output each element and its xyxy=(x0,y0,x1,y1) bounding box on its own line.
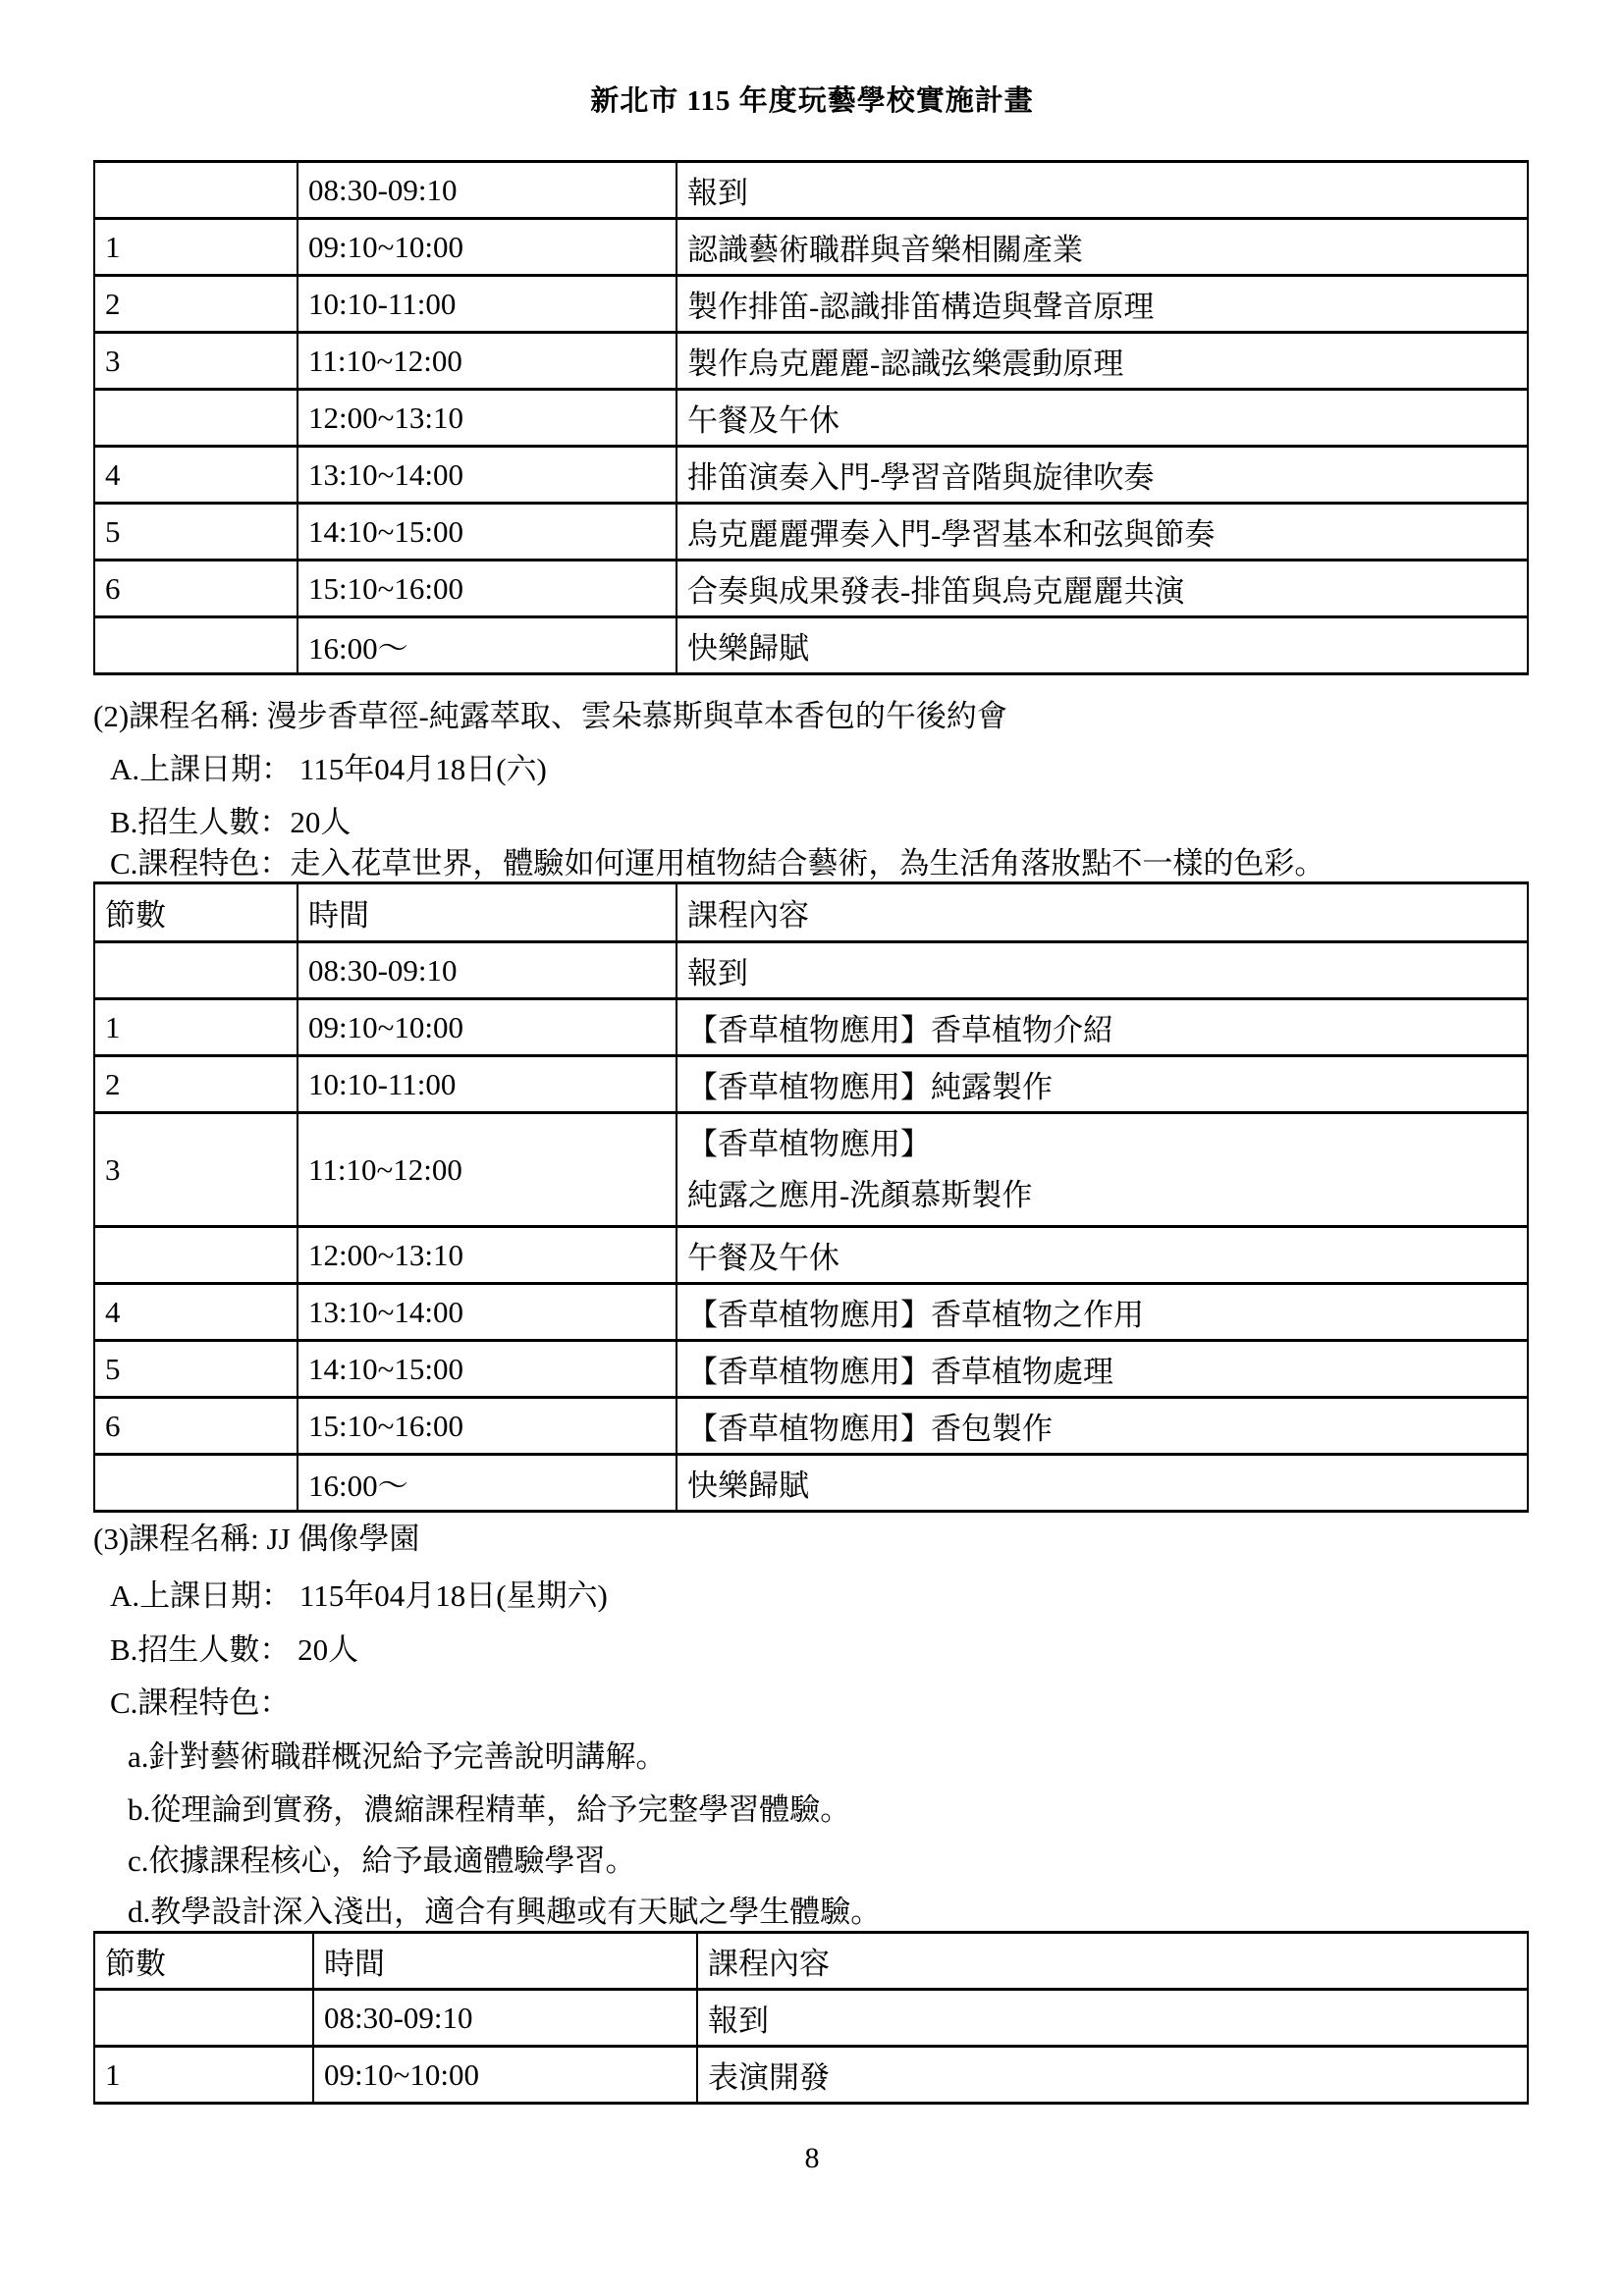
content-cell: 表演開發 xyxy=(697,2047,1528,2104)
time-column-header: 時間 xyxy=(313,1933,697,1990)
time-cell: 09:10~10:00 xyxy=(313,2047,697,2104)
content-column-header: 課程內容 xyxy=(697,1933,1528,1990)
time-cell: 16:00～ xyxy=(298,617,677,674)
content-cell: 合奏與成果發表-排笛與烏克麗麗共演 xyxy=(677,561,1528,617)
content-column-header: 課程內容 xyxy=(677,883,1528,942)
content-cell: 【香草植物應用】香草植物處理 xyxy=(677,1341,1528,1398)
content-line: 純露之應用-洗顏慕斯製作 xyxy=(687,1170,1521,1221)
table-row: 16:00～快樂歸賦 xyxy=(94,1455,1528,1512)
feature-item-b: b.從理論到實務，濃縮課程精華，給予完整學習體驗。 xyxy=(128,1792,850,1828)
content-cell: 【香草植物應用】香包製作 xyxy=(677,1398,1528,1455)
time-cell: 09:10~10:00 xyxy=(298,219,677,276)
section-3-date-line: A.上課日期： 115年04月18日(星期六) xyxy=(110,1578,608,1614)
table-row: 08:30-09:10報到 xyxy=(94,942,1528,999)
section-2-feature-line: C.課程特色：走入花草世界，體驗如何運用植物結合藝術，為生活角落妝點不一樣的色彩… xyxy=(110,846,1325,881)
table-row: 109:10~10:00認識藝術職群與音樂相關產業 xyxy=(94,219,1528,276)
course-schedule-table-2: 節數時間課程內容08:30-09:10報到109:10~10:00【香草植物應用… xyxy=(93,881,1529,1513)
table-row: 109:10~10:00表演開發 xyxy=(94,2047,1528,2104)
table-row: 514:10~15:00烏克麗麗彈奏入門-學習基本和弦與節奏 xyxy=(94,504,1528,561)
document-page: 新北市 115 年度玩藝學校實施計畫 08:30-09:10報到109:10~1… xyxy=(0,0,1624,2296)
session-number-cell xyxy=(94,1227,298,1284)
session-column-header: 節數 xyxy=(94,883,298,942)
feature-item-a: a.針對藝術職群概況給予完善說明講解。 xyxy=(128,1739,667,1775)
table-row: 311:10~12:00製作烏克麗麗-認識弦樂震動原理 xyxy=(94,333,1528,390)
course-schedule-table-1: 08:30-09:10報到109:10~10:00認識藝術職群與音樂相關產業21… xyxy=(93,160,1529,675)
content-cell: 排笛演奏入門-學習音階與旋律吹奏 xyxy=(677,447,1528,504)
content-cell: 認識藝術職群與音樂相關產業 xyxy=(677,219,1528,276)
time-cell: 08:30-09:10 xyxy=(298,942,677,999)
section-3-heading: (3)課程名稱: JJ 偶像學園 xyxy=(93,1522,419,1557)
time-cell: 16:00～ xyxy=(298,1455,677,1512)
content-cell: 報到 xyxy=(677,162,1528,219)
session-number-cell: 3 xyxy=(94,1113,298,1227)
table-row: 615:10~16:00【香草植物應用】香包製作 xyxy=(94,1398,1528,1455)
time-cell: 12:00~13:10 xyxy=(298,390,677,447)
time-cell: 14:10~15:00 xyxy=(298,504,677,561)
time-cell: 15:10~16:00 xyxy=(298,561,677,617)
session-number-cell: 1 xyxy=(94,2047,313,2104)
table-row: 413:10~14:00排笛演奏入門-學習音階與旋律吹奏 xyxy=(94,447,1528,504)
session-number-cell xyxy=(94,390,298,447)
time-cell: 08:30-09:10 xyxy=(313,1990,697,2047)
content-cell: 【香草植物應用】香草植物之作用 xyxy=(677,1284,1528,1341)
time-cell: 11:10~12:00 xyxy=(298,1113,677,1227)
table-header-row: 節數時間課程內容 xyxy=(94,1933,1528,1990)
session-number-cell: 5 xyxy=(94,504,298,561)
session-number-cell xyxy=(94,942,298,999)
time-cell: 13:10~14:00 xyxy=(298,1284,677,1341)
table-row: 311:10~12:00【香草植物應用】純露之應用-洗顏慕斯製作 xyxy=(94,1113,1528,1227)
table-row: 12:00~13:10午餐及午休 xyxy=(94,1227,1528,1284)
content-cell: 【香草植物應用】純露之應用-洗顏慕斯製作 xyxy=(677,1113,1528,1227)
table-row: 514:10~15:00【香草植物應用】香草植物處理 xyxy=(94,1341,1528,1398)
content-cell: 快樂歸賦 xyxy=(677,1455,1528,1512)
content-cell: 製作烏克麗麗-認識弦樂震動原理 xyxy=(677,333,1528,390)
time-cell: 10:10-11:00 xyxy=(298,1056,677,1113)
time-column-header: 時間 xyxy=(298,883,677,942)
time-cell: 13:10~14:00 xyxy=(298,447,677,504)
session-number-cell xyxy=(94,1990,313,2047)
section-2-enrollment-line: B.招生人數：20人 xyxy=(110,805,351,840)
session-number-cell: 1 xyxy=(94,999,298,1056)
feature-item-c: c.依據課程核心，給予最適體驗學習。 xyxy=(128,1843,636,1879)
time-cell: 12:00~13:10 xyxy=(298,1227,677,1284)
page-number: 8 xyxy=(0,2142,1624,2175)
time-cell: 10:10-11:00 xyxy=(298,276,677,333)
content-cell: 快樂歸賦 xyxy=(677,617,1528,674)
table-row: 08:30-09:10報到 xyxy=(94,1990,1528,2047)
session-number-cell: 4 xyxy=(94,447,298,504)
table-row: 615:10~16:00合奏與成果發表-排笛與烏克麗麗共演 xyxy=(94,561,1528,617)
session-number-cell: 4 xyxy=(94,1284,298,1341)
content-cell: 製作排笛-認識排笛構造與聲音原理 xyxy=(677,276,1528,333)
time-cell: 09:10~10:00 xyxy=(298,999,677,1056)
table-row: 210:10-11:00【香草植物應用】純露製作 xyxy=(94,1056,1528,1113)
table-row: 413:10~14:00【香草植物應用】香草植物之作用 xyxy=(94,1284,1528,1341)
session-number-cell xyxy=(94,1455,298,1512)
content-cell: 【香草植物應用】純露製作 xyxy=(677,1056,1528,1113)
session-number-cell: 3 xyxy=(94,333,298,390)
session-number-cell: 2 xyxy=(94,276,298,333)
session-number-cell xyxy=(94,162,298,219)
session-number-cell: 6 xyxy=(94,1398,298,1455)
section-3-enrollment-line: B.招生人數： 20人 xyxy=(110,1632,358,1668)
section-3-feature-label: C.課程特色： xyxy=(110,1685,290,1721)
table-row: 12:00~13:10午餐及午休 xyxy=(94,390,1528,447)
content-cell: 午餐及午休 xyxy=(677,1227,1528,1284)
page-title: 新北市 115 年度玩藝學校實施計畫 xyxy=(0,79,1624,119)
time-cell: 15:10~16:00 xyxy=(298,1398,677,1455)
content-cell: 報到 xyxy=(697,1990,1528,2047)
time-cell: 11:10~12:00 xyxy=(298,333,677,390)
session-number-cell: 1 xyxy=(94,219,298,276)
table-row: 109:10~10:00【香草植物應用】香草植物介紹 xyxy=(94,999,1528,1056)
table-row: 08:30-09:10報到 xyxy=(94,162,1528,219)
content-line: 【香草植物應用】 xyxy=(687,1119,1521,1170)
table-row: 16:00～快樂歸賦 xyxy=(94,617,1528,674)
session-number-cell: 6 xyxy=(94,561,298,617)
section-2-heading: (2)課程名稱: 漫步香草徑-純露萃取、雲朵慕斯與草本香包的午後約會 xyxy=(93,699,1007,734)
session-column-header: 節數 xyxy=(94,1933,313,1990)
section-2-date-line: A.上課日期： 115年04月18日(六) xyxy=(110,752,547,787)
course-schedule-table-3: 節數時間課程內容08:30-09:10報到109:10~10:00表演開發 xyxy=(93,1931,1529,2105)
table-row: 210:10-11:00製作排笛-認識排笛構造與聲音原理 xyxy=(94,276,1528,333)
feature-item-d: d.教學設計深入淺出，適合有興趣或有天賦之學生體驗。 xyxy=(128,1895,881,1930)
content-cell: 【香草植物應用】香草植物介紹 xyxy=(677,999,1528,1056)
session-number-cell: 5 xyxy=(94,1341,298,1398)
time-cell: 08:30-09:10 xyxy=(298,162,677,219)
session-number-cell: 2 xyxy=(94,1056,298,1113)
time-cell: 14:10~15:00 xyxy=(298,1341,677,1398)
table-header-row: 節數時間課程內容 xyxy=(94,883,1528,942)
content-cell: 報到 xyxy=(677,942,1528,999)
content-cell: 午餐及午休 xyxy=(677,390,1528,447)
content-cell: 烏克麗麗彈奏入門-學習基本和弦與節奏 xyxy=(677,504,1528,561)
session-number-cell xyxy=(94,617,298,674)
